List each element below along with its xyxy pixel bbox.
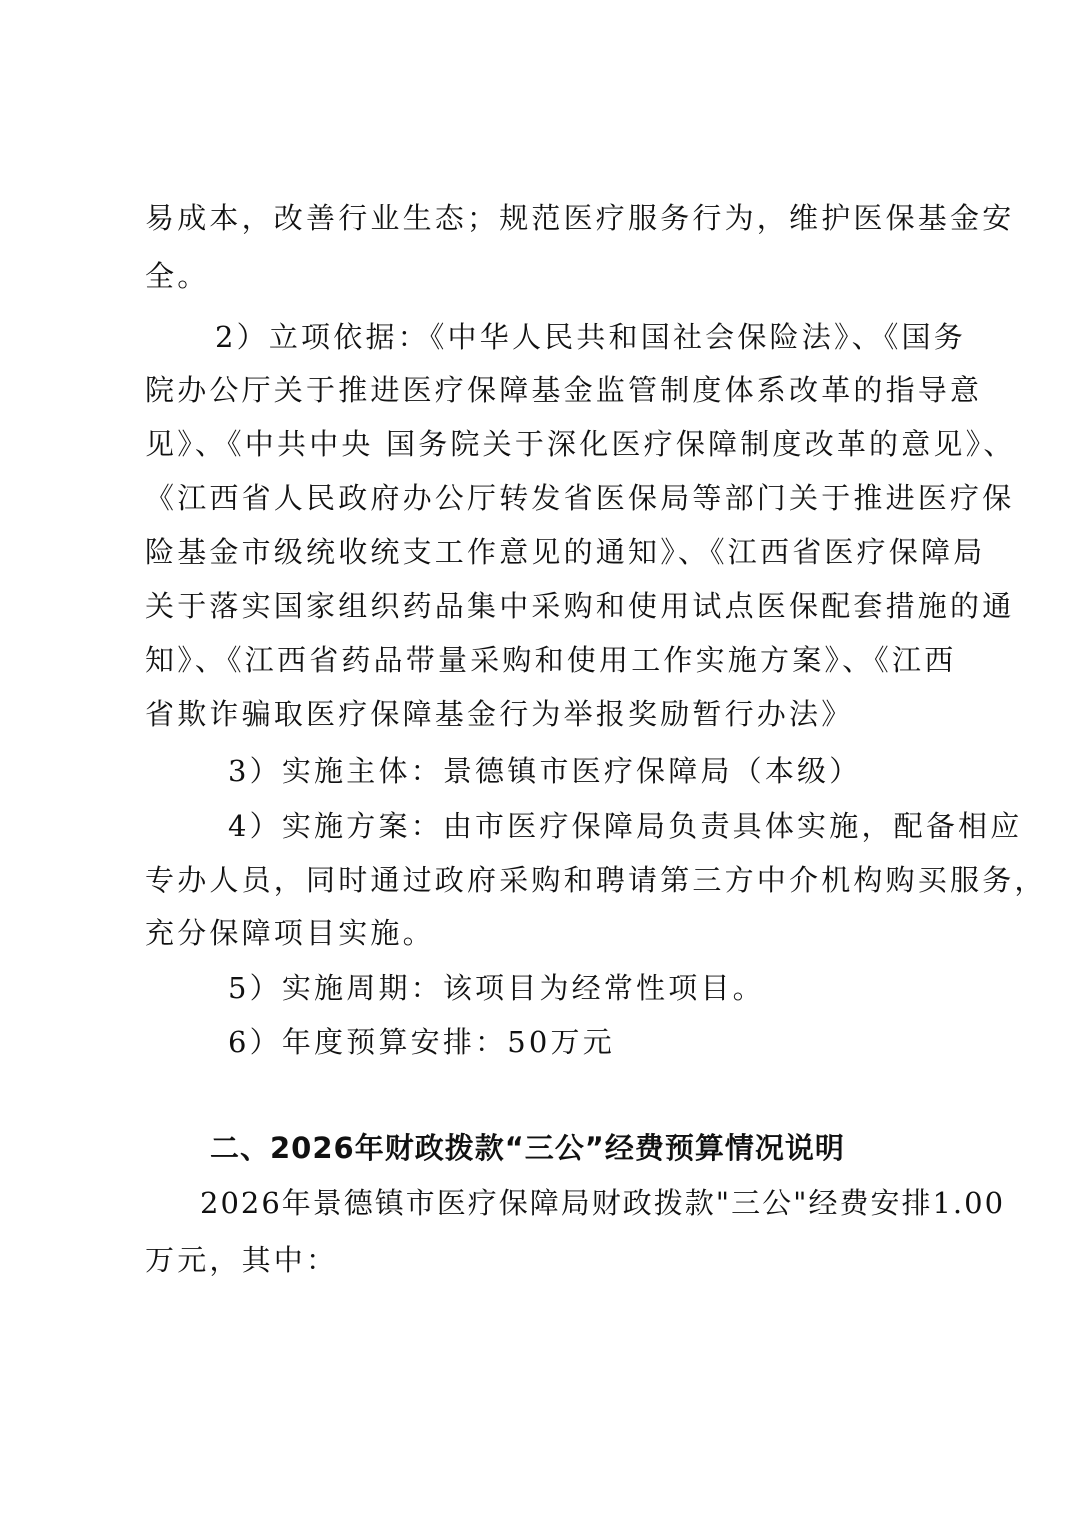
item-6-budget: 6）年度预算安排：50万元 xyxy=(228,1024,615,1060)
paragraph-line: 《江西省人民政府办公厅转发省医保局等部门关于推进医疗保 xyxy=(145,480,1014,516)
paragraph-line: 关于落实国家组织药品集中采购和使用试点医保配套措施的通 xyxy=(145,588,1014,624)
paragraph-line: 见》、《中共中央 国务院关于深化医疗保障制度改革的意见》、 xyxy=(145,426,1016,462)
document-page: 易成本，改善行业生态；规范医疗服务行为，维护医保基金安 全。 2）立项依据：《中… xyxy=(0,0,1074,1520)
paragraph-line: 专办人员，同时通过政府采购和聘请第三方中介机构购买服务， xyxy=(145,862,1047,898)
paragraph-line: 易成本，改善行业生态；规范医疗服务行为，维护医保基金安 xyxy=(145,200,1014,236)
item-2-basis-line: 2）立项依据：《中华人民共和国社会保险法》、《国务 xyxy=(215,319,966,355)
section-body-line: 万元，其中： xyxy=(145,1242,338,1278)
item-4-plan-line: 4）实施方案：由市医疗保障局负责具体实施，配备相应 xyxy=(228,808,1022,844)
item-5-period: 5）实施周期：该项目为经常性项目。 xyxy=(228,970,765,1006)
paragraph-line: 险基金市级统收统支工作意见的通知》、《江西省医疗保障局 xyxy=(145,534,985,570)
paragraph-line: 省欺诈骗取医疗保障基金行为举报奖励暂行办法》 xyxy=(145,696,853,732)
section-body-line: 2026年景德镇市医疗保障局财政拨款"三公"经费安排1.00 xyxy=(200,1185,1005,1221)
paragraph-line: 全。 xyxy=(145,258,209,294)
paragraph-line: 院办公厅关于推进医疗保障基金监管制度体系改革的指导意 xyxy=(145,372,982,408)
item-3-implementer: 3）实施主体：景德镇市医疗保障局（本级） xyxy=(228,753,861,789)
section-heading: 二、2026年财政拨款“三公”经费预算情况说明 xyxy=(210,1130,845,1166)
paragraph-line: 充分保障项目实施。 xyxy=(145,915,435,951)
paragraph-line: 知》、《江西省药品带量采购和使用工作实施方案》、《江西 xyxy=(145,642,956,678)
